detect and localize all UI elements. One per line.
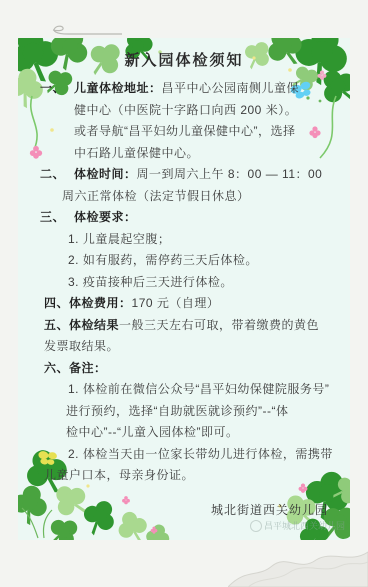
page-background: 新入园体检须知 一、儿童体检地址：昌平中心公园南侧儿童保健中心（中医院十字路口向… <box>0 0 368 587</box>
notice-line: 四、体检费用：170 元（自理） <box>18 293 350 315</box>
notice-card: 新入园体检须知 一、儿童体检地址：昌平中心公园南侧儿童保健中心（中医院十字路口向… <box>18 38 350 540</box>
notice-line-text: 或者导航“昌平妇幼儿童保健中心”，选择 <box>74 124 296 138</box>
notice-line: 健中心（中医院十字路口向西 200 米）。 <box>18 100 350 122</box>
list-marker: 二、 <box>40 164 74 186</box>
notice-line: 周六正常体检（法定节假日休息） <box>18 186 350 208</box>
notice-line: 2. 体检当天由一位家长带幼儿进行体检，需携带 <box>18 444 350 466</box>
notice-line-text: 170 元（自理） <box>132 296 220 310</box>
notice-line: 1. 体检前在微信公众号“昌平妇幼保健院服务号” <box>18 379 350 401</box>
notice-line-text: 儿童户口本，母亲身份证。 <box>44 468 194 482</box>
notice-line-text: 周六正常体检（法定节假日休息） <box>62 189 250 203</box>
notice-line: 2. 如有服药，需停药三天后体检。 <box>18 250 350 272</box>
notice-line-text: 周一到周六上午 8：00 — 11：00 <box>137 167 323 181</box>
notice-line: 进行预约，选择“自助就医就诊预约”--“体 <box>18 401 350 423</box>
watermark-text: 昌平城北西关幼儿园 <box>264 519 345 532</box>
notice-line: 二、体检时间：周一到周六上午 8：00 — 11：00 <box>18 164 350 186</box>
notice-line-label: 儿童体检地址： <box>74 81 162 95</box>
notice-line: 三、体检要求： <box>18 207 350 229</box>
notice-line-text: 进行预约，选择“自助就医就诊预约”--“体 <box>66 404 288 418</box>
notice-line-label: 六、备注： <box>44 361 107 375</box>
notice-line: 六、备注： <box>18 358 350 380</box>
notice-line: 儿童户口本，母亲身份证。 <box>18 465 350 487</box>
notice-line: 3. 疫苗接种后三天进行体检。 <box>18 272 350 294</box>
notice-line-text: 2. 体检当天由一位家长带幼儿进行体检，需携带 <box>68 447 333 461</box>
signature: 城北街道西关幼儿园 <box>18 501 350 518</box>
notice-line: 1. 儿童晨起空腹； <box>18 229 350 251</box>
notice-line-label: 体检要求： <box>74 210 137 224</box>
notice-line-text: 检中心”--“儿童入园体检”即可。 <box>66 425 238 439</box>
notice-line-text: 昌平中心公园南侧儿童保 <box>162 81 300 95</box>
notice-line-text: 一般三天左右可取，带着缴费的黄色 <box>119 318 319 332</box>
notice-line: 检中心”--“儿童入园体检”即可。 <box>18 422 350 444</box>
notice-line-label: 五、 <box>44 318 69 332</box>
notice-line-label: 体检结果 <box>69 318 119 332</box>
notice-line-text: 中石路儿童保健中心。 <box>74 146 199 160</box>
watermark: 昌平城北西关幼儿园 <box>250 519 345 532</box>
list-marker: 一、 <box>40 78 74 100</box>
notice-line-text: 1. 体检前在微信公众号“昌平妇幼保健院服务号” <box>68 382 329 396</box>
paper-texture-decoration-icon <box>228 542 368 587</box>
notice-line-text: 2. 如有服药，需停药三天后体检。 <box>68 253 258 267</box>
notice-body: 一、儿童体检地址：昌平中心公园南侧儿童保健中心（中医院十字路口向西 200 米）… <box>18 78 350 487</box>
notice-line: 或者导航“昌平妇幼儿童保健中心”，选择 <box>18 121 350 143</box>
notice-line-text: 3. 疫苗接种后三天进行体检。 <box>68 275 233 289</box>
notice-line: 五、体检结果一般三天左右可取，带着缴费的黄色 <box>18 315 350 337</box>
notice-line-text: 发票取结果。 <box>44 339 119 353</box>
notice-line-text: 1. 儿童晨起空腹； <box>68 232 170 246</box>
notice-title: 新入园体检须知 <box>18 50 350 72</box>
notice-line-label: 四、体检费用： <box>44 296 132 310</box>
notice-line: 中石路儿童保健中心。 <box>18 143 350 165</box>
notice-line: 一、儿童体检地址：昌平中心公园南侧儿童保 <box>18 78 350 100</box>
notice-line: 发票取结果。 <box>18 336 350 358</box>
list-marker: 三、 <box>40 207 74 229</box>
watermark-logo-icon <box>250 520 262 532</box>
notice-line-text: 健中心（中医院十字路口向西 200 米）。 <box>74 103 297 117</box>
notice-line-label: 体检时间： <box>74 167 137 181</box>
